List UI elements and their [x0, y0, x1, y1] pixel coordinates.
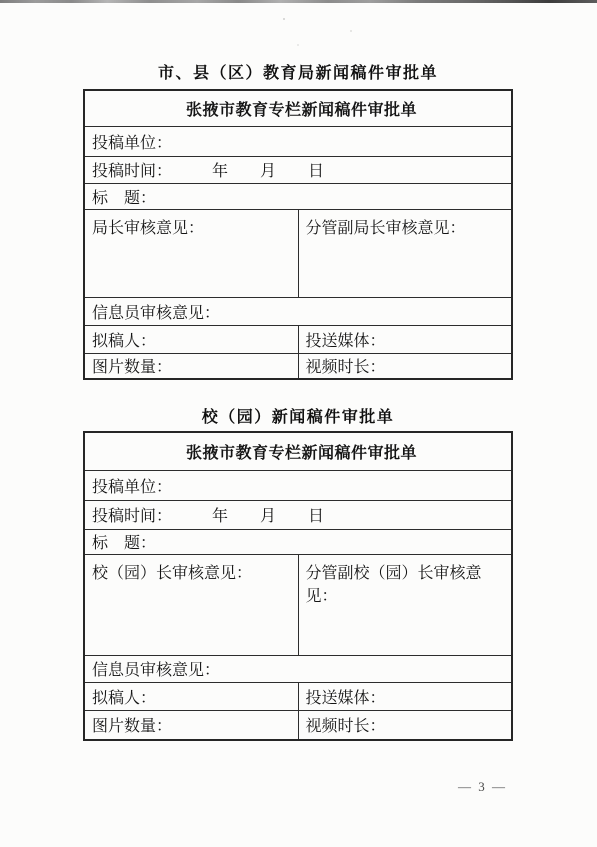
- info-officer-opinion-cell: 信息员审核意见：: [84, 655, 512, 682]
- deputy-opinion-cell: 分管副校（园）长审核意见：: [298, 554, 512, 655]
- article-title-cell: 标 题：: [84, 183, 512, 209]
- submit-unit-cell: 投稿单位：: [84, 126, 512, 156]
- deputy-opinion-cell: 分管副局长审核意见：: [298, 209, 512, 297]
- drafter-cell: 拟稿人：: [84, 325, 298, 353]
- scanned-document-page: 市、县（区）教育局新闻稿件审批单 张掖市教育专栏新闻稿件审批单 投稿单位： 投稿…: [0, 0, 597, 847]
- chief-opinion-cell: 校（园）长审核意见：: [84, 554, 298, 655]
- table-title-school: 张掖市教育专栏新闻稿件审批单: [84, 432, 512, 470]
- image-count-cell: 图片数量：: [84, 353, 298, 379]
- info-officer-opinion-cell: 信息员审核意见：: [84, 297, 512, 325]
- table-title-bureau: 张掖市教育专栏新闻稿件审批单: [84, 90, 512, 126]
- document-content: 市、县（区）教育局新闻稿件审批单 张掖市教育专栏新闻稿件审批单 投稿单位： 投稿…: [83, 0, 513, 741]
- approval-table-bureau: 张掖市教育专栏新闻稿件审批单 投稿单位： 投稿时间： 年 月 日 标 题： 局长…: [83, 89, 513, 380]
- article-title-cell: 标 题：: [84, 529, 512, 554]
- image-count-cell: 图片数量：: [84, 710, 298, 740]
- media-cell: 投送媒体：: [298, 682, 512, 710]
- submit-unit-cell: 投稿单位：: [84, 470, 512, 500]
- video-duration-cell: 视频时长：: [298, 353, 512, 379]
- submit-time-cell: 投稿时间： 年 月 日: [84, 500, 512, 529]
- drafter-cell: 拟稿人：: [84, 682, 298, 710]
- media-cell: 投送媒体：: [298, 325, 512, 353]
- chief-opinion-cell: 局长审核意见：: [84, 209, 298, 297]
- submit-time-cell: 投稿时间： 年 月 日: [84, 156, 512, 183]
- approval-table-school: 张掖市教育专栏新闻稿件审批单 投稿单位： 投稿时间： 年 月 日 标 题： 校（…: [83, 431, 513, 741]
- video-duration-cell: 视频时长：: [298, 710, 512, 740]
- page-number: — 3 —: [458, 779, 507, 795]
- section-title-bureau: 市、县（区）教育局新闻稿件审批单: [83, 0, 513, 84]
- section-title-school: 校（园）新闻稿件审批单: [83, 380, 513, 428]
